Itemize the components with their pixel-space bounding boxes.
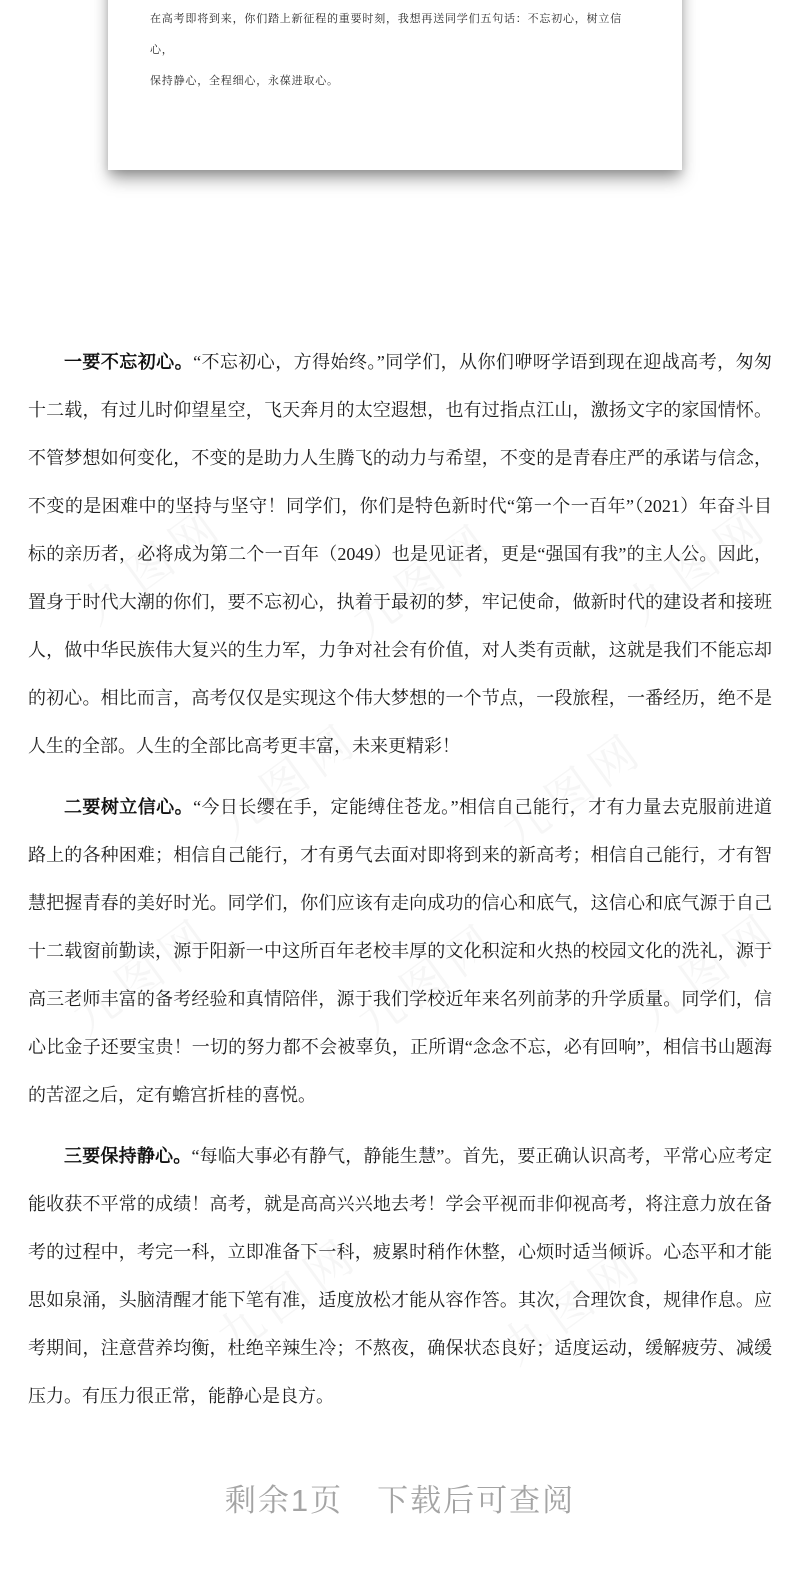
remaining-pages-label: 剩余1页 bbox=[225, 1483, 343, 1518]
document-body: 一要不忘初心。“不忘初心，方得始终。”同学们，从你们咿呀学语到现在迎战高考，匆匆… bbox=[28, 338, 772, 1433]
preview-footer: 剩余1页下载后可查阅 bbox=[0, 1482, 800, 1520]
paragraph-text: “不忘初心，方得始终。”同学们，从你们咿呀学语到现在迎战高考，匆匆十二载，有过儿… bbox=[28, 352, 772, 756]
paragraph-stay-calm: 三要保持静心。“每临大事必有静气，静能生慧”。首先，要正确认识高考，平常心应考定… bbox=[28, 1132, 772, 1420]
snippet-line: 在高考即将到来，你们踏上新征程的重要时刻，我想再送同学们五句话：不忘初心，树立信… bbox=[150, 4, 644, 66]
download-hint-label: 下载后可查阅 bbox=[377, 1483, 575, 1518]
paragraph-text: “每临大事必有静气，静能生慧”。首先，要正确认识高考，平常心应考定能收获不平常的… bbox=[28, 1146, 772, 1406]
paragraph-text: “今日长缨在手，定能缚住苍龙。”相信自己能行，才有力量去克服前进道路上的各种困难… bbox=[28, 797, 772, 1105]
snippet-line: 保持静心，全程细心，永葆进取心。 bbox=[150, 66, 644, 97]
paragraph-lead: 一要不忘初心。 bbox=[64, 352, 193, 372]
document-preview-page: 九图网 九图网 九图网 九图网 九图网 九图网 九图网 九图网 九图网 九图网 … bbox=[0, 0, 800, 1583]
page-snippet-card: 在高考即将到来，你们踏上新征程的重要时刻，我想再送同学们五句话：不忘初心，树立信… bbox=[108, 0, 682, 170]
paragraph-keep-original-aspiration: 一要不忘初心。“不忘初心，方得始终。”同学们，从你们咿呀学语到现在迎战高考，匆匆… bbox=[28, 338, 772, 770]
paragraph-lead: 三要保持静心。 bbox=[64, 1146, 191, 1166]
paragraph-build-confidence: 二要树立信心。“今日长缨在手，定能缚住苍龙。”相信自己能行，才有力量去克服前进道… bbox=[28, 783, 772, 1119]
paragraph-lead: 二要树立信心。 bbox=[64, 797, 193, 817]
